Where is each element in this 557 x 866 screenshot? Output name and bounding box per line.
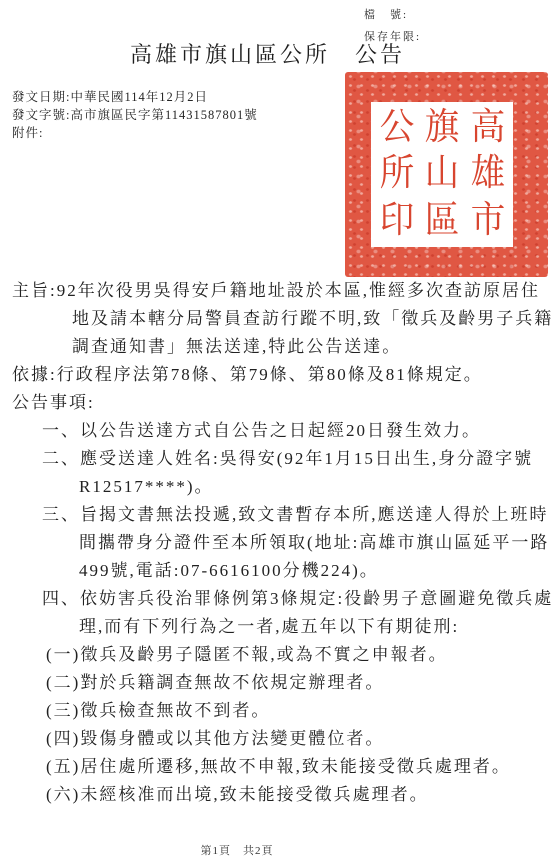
seal-columns: 高雄市旗山區公所印 (371, 102, 513, 247)
seal-glyph: 山 (422, 152, 463, 197)
body-line: 公告事項: (0, 389, 557, 417)
seal-glyph: 雄 (467, 152, 508, 197)
body-lines: 主旨:92年次役男吳得安戶籍地址設於本區,惟經多次查訪原居住地及請本轄分局警員查… (0, 277, 557, 809)
attachment-label: 附件: (12, 124, 258, 142)
body-line: (一)徵兵及齡男子隱匿不報,或為不實之申報者。 (0, 641, 557, 669)
body-line: 依據:行政程序法第78條、第79條、第80條及81條規定。 (0, 361, 557, 389)
body-line: R12517****)。 (0, 473, 557, 501)
body-line: 理,而有下列行為之一者,處五年以下有期徒刑: (0, 613, 557, 641)
body-line: 地及請本轄分局警員查訪行蹤不明,致「徵兵及齡男子兵籍 (0, 305, 557, 333)
official-seal-stamp: 高雄市旗山區公所印 (345, 72, 548, 277)
current-page: 第1頁 (201, 845, 232, 857)
seal-column: 旗山區 (422, 105, 462, 244)
seal-glyph: 區 (422, 198, 463, 243)
body-line: 三、旨揭文書無法投遞,致文書暫存本所,應送達人得於上班時 (0, 501, 557, 529)
body-line: (三)徵兵檢查無故不到者。 (0, 697, 557, 725)
body-line: (二)對於兵籍調查無故不依規定辦理者。 (0, 669, 557, 697)
seal-glyph: 高 (467, 105, 508, 150)
body-line: (五)居住處所遷移,無故不申報,致未能接受徵兵處理者。 (0, 753, 557, 781)
body-line: 間攜帶身分證件至本所領取(地址:高雄市旗山區延平一路 (0, 529, 557, 557)
total-pages: 共2頁 (243, 845, 274, 857)
page-indicator: 第1頁共2頁 (0, 842, 474, 858)
issue-date: 發文日期:中華民國114年12月2日 (12, 88, 258, 106)
body-line: 一、以公告送達方式自公告之日起經20日發生效力。 (0, 417, 557, 445)
seal-glyph: 印 (376, 198, 417, 243)
file-number-label: 檔 號: (364, 4, 421, 26)
document-number: 發文字號:高市旗區民字第11431587801號 (12, 106, 258, 124)
seal-column: 公所印 (377, 105, 417, 244)
page-title: 高雄市旗山區公所 公告 (0, 38, 557, 69)
seal-glyph: 旗 (422, 105, 463, 150)
body-line: 調查通知書」無法送達,特此公告送達。 (0, 333, 557, 361)
body-line: (四)毀傷身體或以其他方法變更體位者。 (0, 725, 557, 753)
seal-glyph: 公 (376, 105, 417, 150)
body-line: 主旨:92年次役男吳得安戶籍地址設於本區,惟經多次查訪原居住 (0, 277, 557, 305)
seal-glyph: 市 (467, 198, 508, 243)
body-line: 四、依妨害兵役治罪條例第3條規定:役齡男子意圖避免徵兵處 (0, 585, 557, 613)
announcement-document: 檔 號: 保存年限: 高雄市旗山區公所 公告 發文日期:中華民國114年12月2… (0, 0, 557, 866)
body-line: (六)未經核准而出境,致未能接受徵兵處理者。 (0, 781, 557, 809)
seal-column: 高雄市 (468, 105, 508, 244)
meta-block: 發文日期:中華民國114年12月2日 發文字號:高市旗區民字第114315878… (12, 88, 258, 142)
seal-glyph: 所 (376, 152, 417, 197)
body-line: 二、應受送達人姓名:吳得安(92年1月15日出生,身分證字號 (0, 445, 557, 473)
body-line: 499號,電話:07-6616100分機224)。 (0, 557, 557, 585)
